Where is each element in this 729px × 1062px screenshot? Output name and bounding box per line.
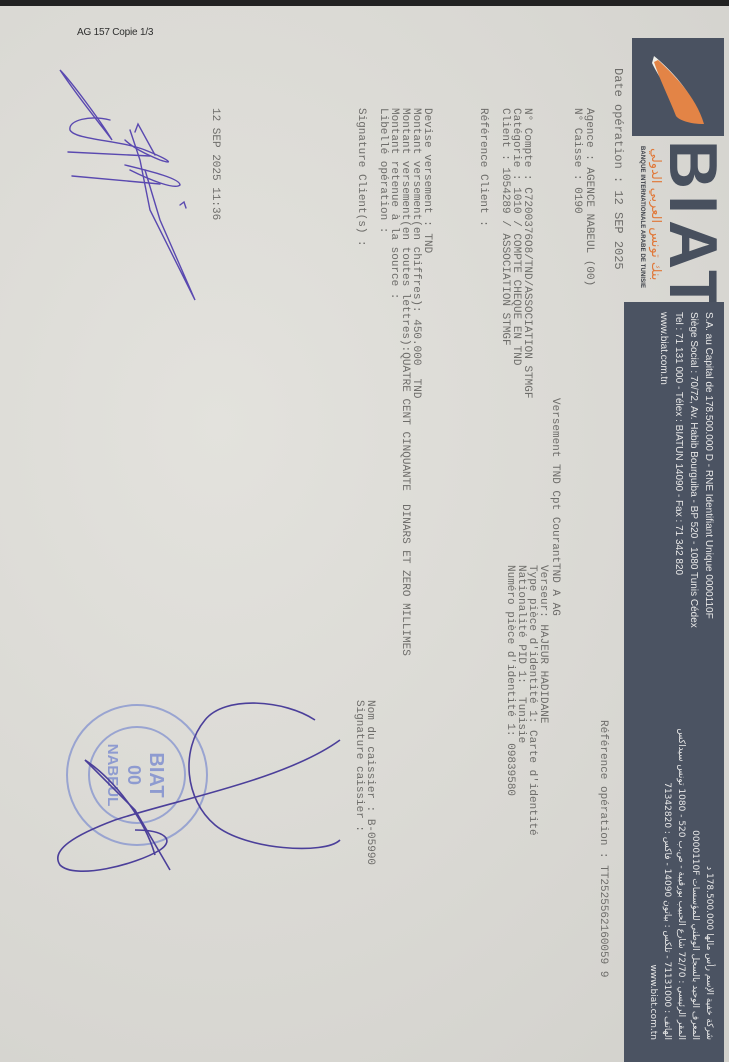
id-number-field: Numéro pièce d'identité 1: 09839580 — [504, 565, 516, 796]
bank-name: BIAT — [659, 140, 727, 318]
agency-field: Agence : AGENCE NABEUL (00) — [583, 108, 594, 286]
id-type-field: Type pièce d'identité 1: Carte d'identit… — [526, 565, 538, 836]
operation-reference: Référence opération : TT2525562160059 9 — [597, 720, 609, 977]
bank-info-arabic: شركة خفية الإسم رأس مالها 178.500.000 د … — [646, 728, 716, 1040]
flame-logo-icon — [632, 38, 724, 136]
bank-info-band: S.A. au Capital de 178.500.000 D - RNE I… — [624, 302, 724, 1062]
amount-figures-field: Montant versement(en chiffres): 450.000 … — [410, 108, 422, 398]
biat-logo — [632, 38, 724, 136]
nationality-field: Nationalité PID 1: Tunisie — [515, 565, 527, 743]
client-field: Client : 1054289 / ASSOCIATION STMGF — [499, 108, 511, 346]
withholding-field: Montant retenue à la source : — [388, 108, 400, 299]
currency-field: Devise versement : TND — [421, 108, 433, 253]
bank-full-name: BANQUE INTERNATIONALE ARABE DE TUNISIE — [639, 146, 645, 288]
operation-date: Date opération : 12 SEP 2025 — [611, 68, 625, 270]
account-field: N° Compte : C7200376O8/TND/ASSOCIATION S… — [521, 108, 533, 398]
caisse-field: N° Caisse : 0190 — [571, 108, 583, 214]
verseur-field: Verseur: HAJEUR HADIDANE — [537, 565, 549, 723]
client-reference-field: Référence Client : — [477, 108, 489, 227]
bank-name-arabic: بنك تونس العربي الدولي — [648, 148, 663, 298]
cashier-name-field: Nom du caissier : B-05990 — [364, 700, 376, 865]
bank-info-french: S.A. au Capital de 178.500.000 D - RNE I… — [656, 312, 716, 628]
category-field: Catégorie : 1010 / COMPTE CHEQUE EN TND — [510, 108, 522, 365]
deposit-slip: BIAT بنك تونس العربي الدولي BANQUE INTER… — [0, 0, 729, 1062]
amount-words-field: Montant versement(en toutes lettres):QUA… — [399, 108, 411, 656]
client-signature-label: Signature Client(s) : — [355, 108, 367, 247]
document-photo: AG 157 Copie 1/3 BIAT 00 NABEUL — [0, 0, 729, 1062]
cashier-signature-label: Signature caissier : — [353, 700, 365, 832]
operation-label-field: Libellé opération : — [377, 108, 389, 233]
operation-title: Versement TND Cpt CourantTND A AG — [549, 398, 561, 616]
print-timestamp: 12 SEP 2025 11:36 — [209, 108, 221, 220]
